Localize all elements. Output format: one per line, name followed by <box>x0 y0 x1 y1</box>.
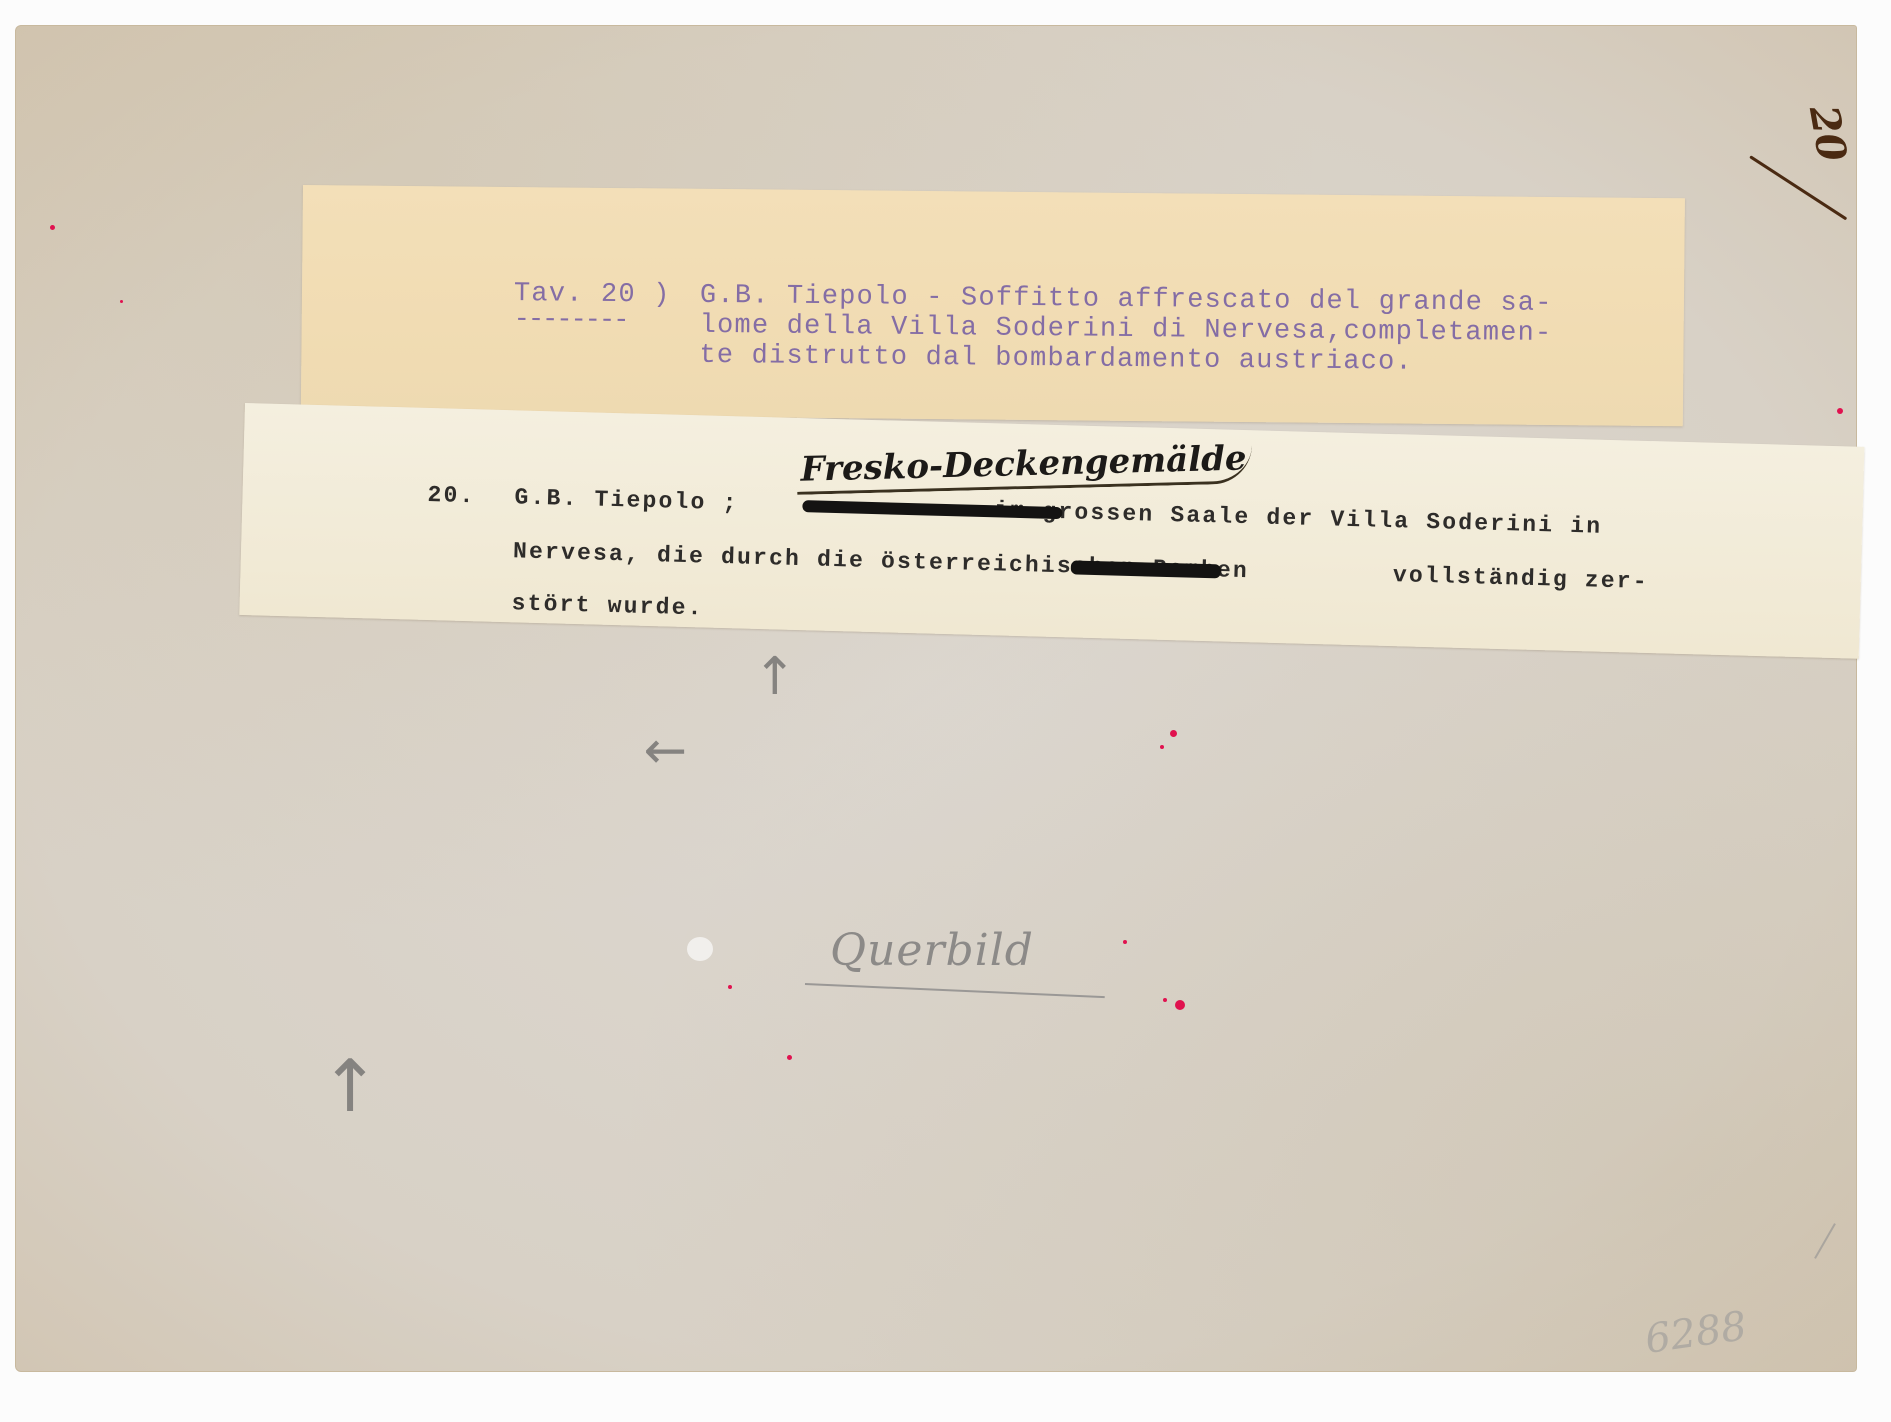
archival-card: 20 Tav. 20 ) -------- G.B. Tiepolo - Sof… <box>15 25 1857 1372</box>
page-number-stroke <box>1749 155 1847 220</box>
red-ink-spot <box>787 1055 792 1060</box>
german-caption-number: 20. <box>427 482 476 509</box>
pencil-catalog-number: 6288 <box>1642 1303 1749 1363</box>
red-ink-spot <box>1837 408 1843 414</box>
pencil-underline <box>805 983 1105 998</box>
pencil-arrow-diagonal-icon: ↖ <box>631 717 699 785</box>
paper-blemish <box>687 937 713 961</box>
red-ink-spot <box>1175 1000 1185 1010</box>
red-ink-spot <box>1170 730 1177 737</box>
italian-line-3: te distrutto dal bombardamento austriaco… <box>699 341 1413 378</box>
german-caption-strip: Fresko-Deckengemälde 20. G.B. Tiepolo ; … <box>239 403 1864 659</box>
italian-caption-text: G.B. Tiepolo - Soffitto affrescato del g… <box>699 281 1553 379</box>
handwritten-correction: Fresko-Deckengemälde <box>796 438 1253 495</box>
red-ink-spot <box>50 225 55 230</box>
red-ink-spot <box>728 985 732 989</box>
handwritten-page-number: 20 <box>1800 102 1856 165</box>
italian-caption-strip: Tav. 20 ) -------- G.B. Tiepolo - Soffit… <box>301 185 1685 426</box>
italian-label-underline: -------- <box>514 305 628 336</box>
red-ink-spot <box>1163 998 1167 1002</box>
pencil-arrow-up-icon: ↑ <box>320 1050 380 1122</box>
red-ink-spot <box>1160 745 1164 749</box>
red-ink-spot <box>1123 940 1127 944</box>
red-ink-spot <box>120 300 123 303</box>
german-line-3: stört wurde. <box>511 590 704 621</box>
pencil-tick-mark <box>1814 1223 1836 1259</box>
pencil-arrow-up-icon: ↑ <box>753 651 797 703</box>
pencil-note-querbild: Querbild <box>830 925 1034 976</box>
